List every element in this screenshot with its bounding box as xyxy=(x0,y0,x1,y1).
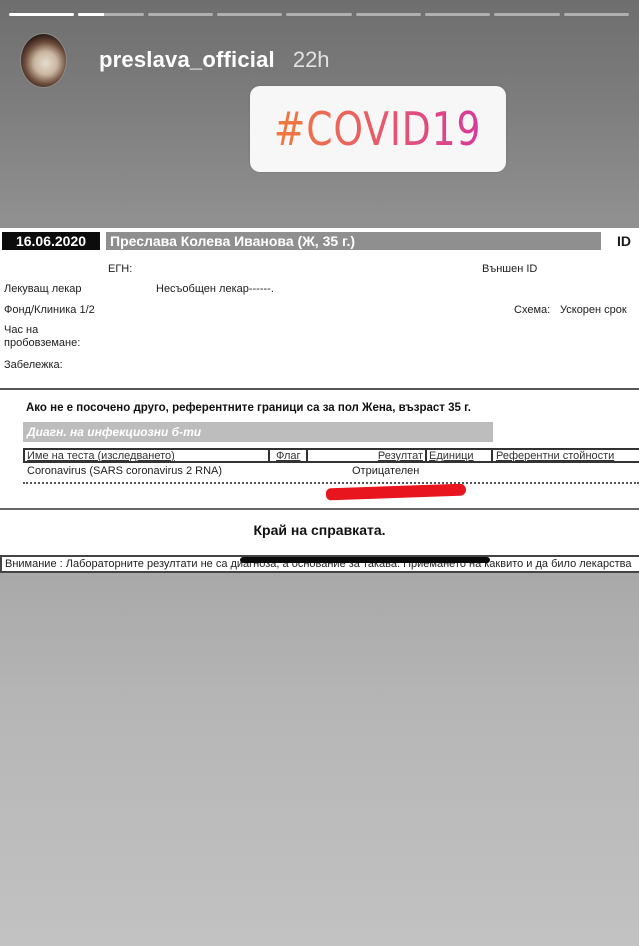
progress-segment xyxy=(78,13,143,16)
post-time: 22h xyxy=(293,47,330,73)
fund-label: Фонд/Клиника 1/2 xyxy=(4,304,95,316)
username[interactable]: preslava_official xyxy=(99,47,275,73)
table-row: Coronavirus (SARS coronavirus 2 RNA) Отр… xyxy=(27,465,637,479)
header-flag: Флаг xyxy=(276,450,301,461)
hashtag-text: #COVID19 xyxy=(274,102,482,156)
progress-segment xyxy=(564,13,629,16)
redaction-line xyxy=(240,557,490,563)
section-divider xyxy=(0,508,639,510)
test-result: Отрицателен xyxy=(352,465,419,477)
story-header: preslava_official 22h xyxy=(20,32,330,88)
progress-segment xyxy=(286,13,351,16)
treating-doctor-value: Несъобщен лекар------. xyxy=(156,283,274,295)
results-table-header: Име на теста (изследването) Флаг Резулта… xyxy=(23,448,639,463)
patient-name: Преслава Колева Иванова (Ж, 35 г.) xyxy=(106,232,491,250)
report-header: 16.06.2020 Преслава Колева Иванова (Ж, 3… xyxy=(0,232,639,250)
treating-doctor-label: Лекуващ лекар xyxy=(4,283,82,295)
reference-note: Ако не е посочено друго, референтните гр… xyxy=(26,402,471,414)
header-test-name: Име на теста (изследването) xyxy=(27,450,175,461)
header-result: Резултат xyxy=(348,450,423,461)
progress-fill xyxy=(9,13,74,16)
progress-segment xyxy=(217,13,282,16)
avatar[interactable] xyxy=(20,33,67,88)
section-title: Диагн. на инфекциозни б-ти xyxy=(23,422,493,442)
column-separator xyxy=(268,450,270,461)
id-label: ID xyxy=(617,232,631,250)
header-bar xyxy=(491,232,601,250)
column-separator xyxy=(491,450,493,461)
sample-time-label-1: Час на xyxy=(4,324,38,336)
scheme-value: Ускорен срок xyxy=(560,304,627,316)
hashtag-sticker[interactable]: #COVID19 xyxy=(250,86,506,172)
progress-segment xyxy=(425,13,490,16)
report-date: 16.06.2020 xyxy=(2,232,100,250)
note-label: Забележка: xyxy=(4,359,63,371)
scheme-label: Схема: xyxy=(514,304,550,316)
progress-segment xyxy=(494,13,559,16)
red-marker-highlight xyxy=(326,484,466,501)
progress-segment xyxy=(148,13,213,16)
header-units: Единици xyxy=(429,450,474,461)
column-separator xyxy=(425,450,427,461)
progress-segment xyxy=(356,13,421,16)
row-separator xyxy=(23,482,639,484)
progress-segment xyxy=(9,13,74,16)
column-separator xyxy=(306,450,308,461)
test-name: Coronavirus (SARS coronavirus 2 RNA) xyxy=(27,465,222,477)
sample-time-label-2: пробовземане: xyxy=(4,337,80,349)
progress-fill xyxy=(78,13,104,16)
story-progress-bar xyxy=(9,13,629,17)
section-divider xyxy=(0,388,639,390)
end-of-report: Край на справката. xyxy=(0,522,639,538)
header-reference: Референтни стойности xyxy=(496,450,614,461)
egn-label: ЕГН: xyxy=(108,263,132,275)
external-id-label: Външен ID xyxy=(482,263,537,275)
lab-report-document: 16.06.2020 Преслава Колева Иванова (Ж, 3… xyxy=(0,228,639,573)
